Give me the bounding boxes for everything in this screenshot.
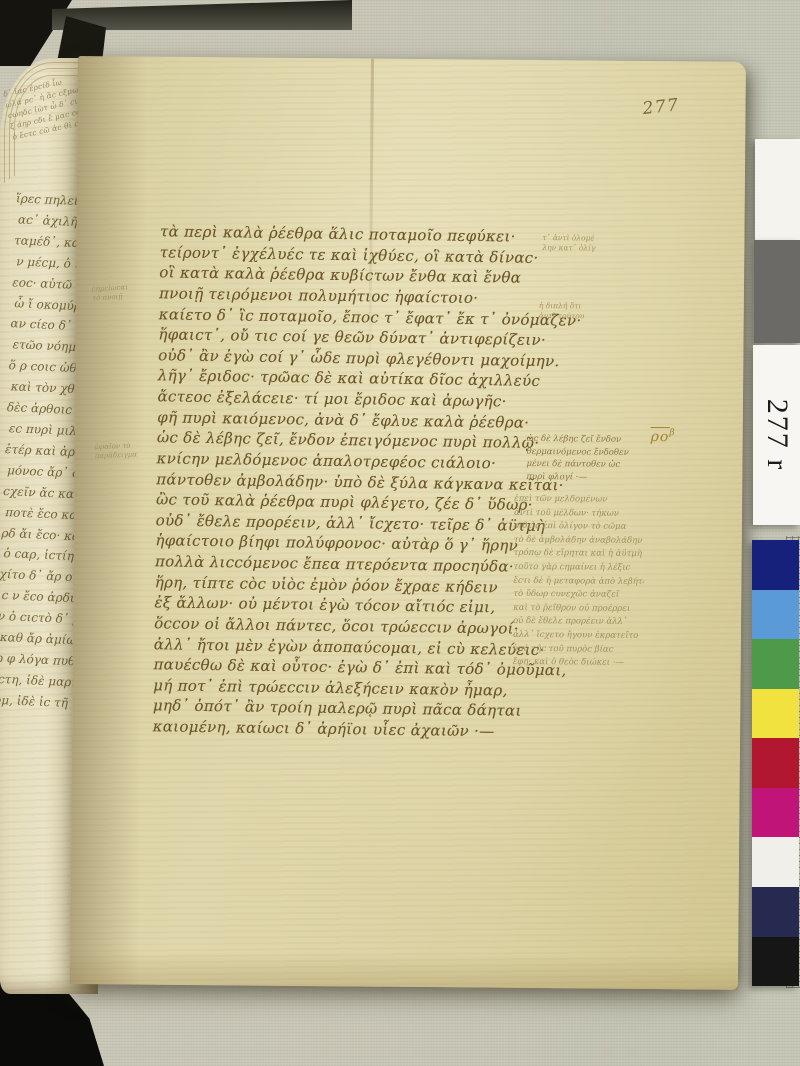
color-patch-white [752,837,799,887]
scholia-line: τὸ δὲ ἀμβολάδην ἀναβολάδην [514,534,644,549]
quire-mark-superscript: β [669,428,675,438]
scholia-line: ριθεὶϲ ἐπὶ ὀλίγον τὸ ϲῶμα [514,520,644,535]
scholia-line: ἔϲτι δὲ ἡ μεταφορὰ ἀπὸ λεβήτων [513,574,643,589]
right-margin-gloss: τ᾽ ἀντὶ ὀλομέ λην κατ᾽ ὀλίγ [542,233,595,253]
color-patch-black [752,937,799,987]
calibration-white-patch [755,139,800,240]
scholia-line: τρόπῳ δὲ εἴρηται καὶ ἡ ἀϋτμὴ [514,547,644,562]
folio-label-card: 277 r [753,345,800,525]
gloss-line: ἡ διπλῆ ὅτι [539,301,585,311]
scholia-line: πυρὶ φλογί ·— [526,470,642,484]
calibration-grey-patch [754,240,800,343]
scholia-line: ὡϲ δὲ λέβηϲ ζεῖ ἔνδον [527,433,643,447]
scholia-line: μένει δὲ πάντοθεν ὡϲ [526,458,642,472]
scholia-line: ἔφη· καὶ ὁ θεὸϲ διώκει ·— [513,656,643,671]
scholia-line: τοῦτο γὰρ ϲημαίνει ἡ λέξιϲ [513,561,643,576]
scholia-line: ἀλλ᾽ ἴϲχετο ἤγουν ἐκρατεῖτο [513,629,643,644]
quire-number-mark: ροβ [651,428,676,445]
scholia-line: καὶ τὸ ῥεῖθρον οὐ προέρρει [513,602,643,617]
color-patch-navy [752,540,799,590]
color-patch-yellow [752,689,799,739]
scholia-line: ἐπεὶ τῶν μελδομένων [514,493,644,508]
marginal-scholia-block-b: ἐπεὶ τῶν μελδομένων ἀντὶ τοῦ μέλδων· τήκ… [513,493,645,671]
color-patch-blue [752,590,799,640]
gloss-line: ἀντὶ τούτου [539,311,585,321]
folio-number-pencil: 277 [642,95,681,119]
color-calibration-bar [752,540,799,986]
scholia-line: οὐ δὲ ἔθελε προρέειν ἀλλ᾽ [513,615,643,630]
color-patch-green [752,639,799,689]
color-patch-red [752,738,799,788]
page-bottom-shadow [70,950,738,990]
marginal-scholia-block-a: ὡϲ δὲ λέβηϲ ζεῖ ἔνδον θερμαινόμενοϲ ἔνδο… [526,433,642,484]
manuscript-photograph: { "page": { "folio_number_pencil": "277"… [0,0,800,1066]
gloss-line: τ᾽ ἀντὶ ὀλομέ [542,233,595,243]
left-margin-gloss: ϲημείωϲαι τὸ πνοιῇ [91,283,128,303]
gloss-line: παράδειγμα [95,450,138,461]
folio-label-text: 277 r [760,399,794,472]
scholia-line: ἀντὶ τοῦ μέλδων· τήκων [514,506,644,521]
scholia-line: τὸ ὕδωρ ϲυνεχῶϲ ἀναζεῖ [513,588,643,603]
quire-mark-text: ρο [651,427,670,445]
gloss-line: λην κατ᾽ ὀλίγ [542,243,595,253]
left-margin-gloss: ὡραῖον τὸ παράδειγμα [94,441,137,461]
right-margin-gloss: ἡ διπλῆ ὅτι ἀντὶ τούτου [539,301,585,321]
gutter-shadow [70,56,148,985]
color-patch-magenta [752,788,799,838]
scholia-line: θερμαινόμενοϲ ἔνδοθεν [527,445,643,459]
manuscript-folio-277r: 277 τὰ περὶ καλὰ ῥέεθρα ἅλιϲ ποταμοῖο πε… [70,56,746,990]
color-patch-dark-navy [752,887,799,937]
scholia-line: ὑπὸ τῆϲ τοῦ πυρὸϲ βίαϲ [513,642,643,657]
